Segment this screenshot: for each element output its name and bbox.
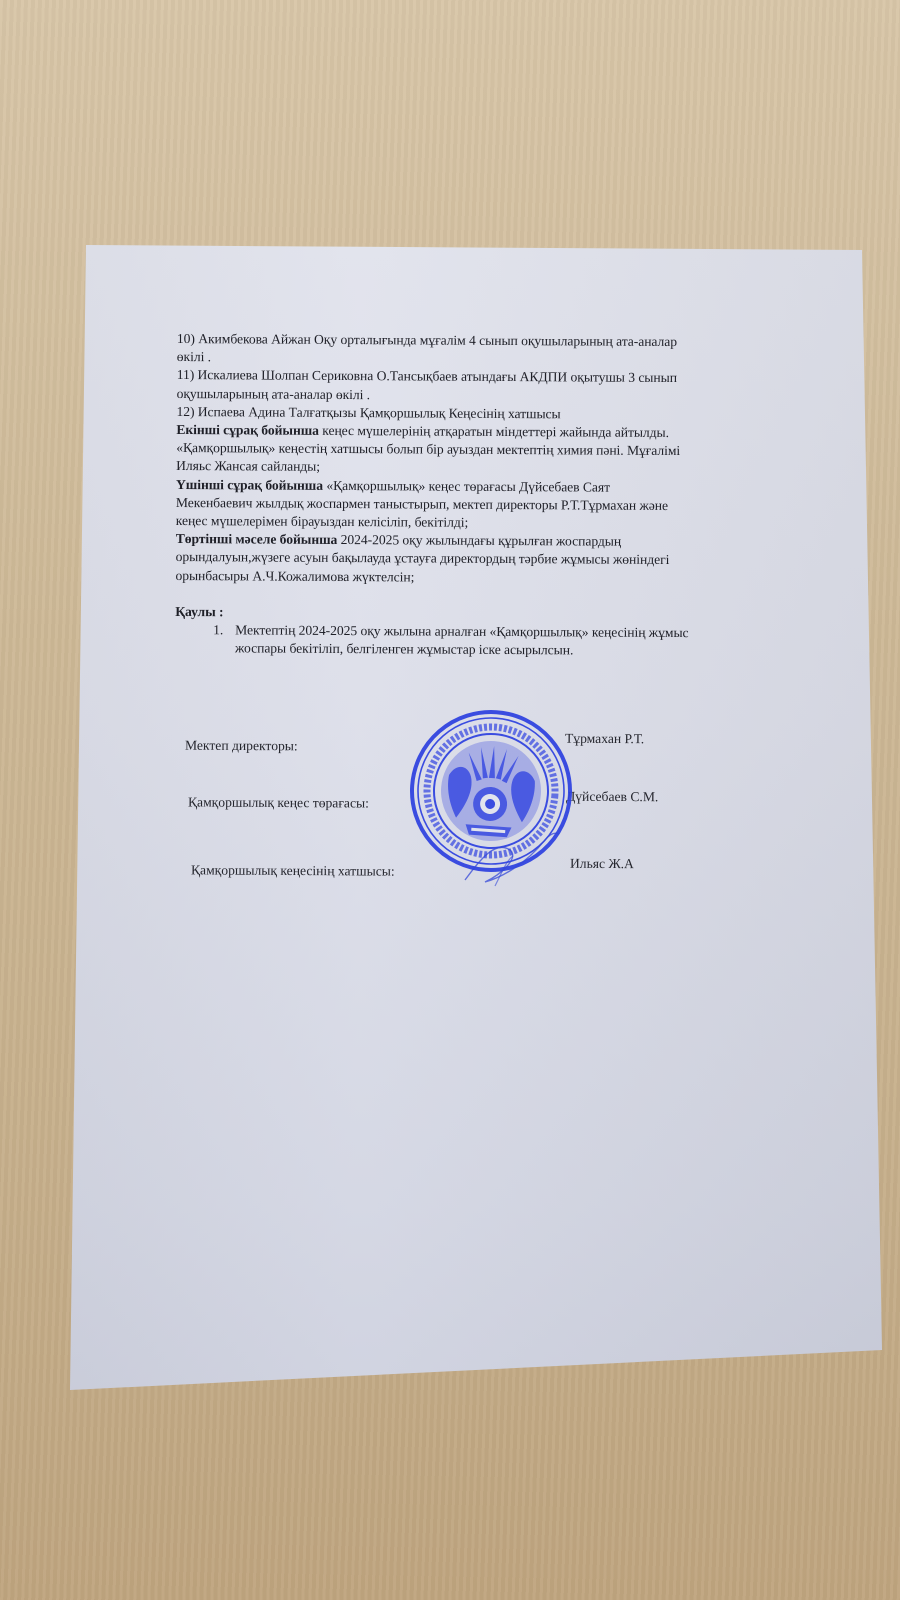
document-body: 10) Акимбекова Айжан Оқу орталығында мұғ… — [175, 330, 777, 661]
section-heading: Үшінші сұрақ бойынша — [176, 477, 323, 493]
section-text: «Қамқоршылық» кеңес төрағасы Дүйсебаев С… — [323, 478, 610, 495]
signature-role-secretary: Қамқоршылық кеңесінің хатшысы: — [191, 862, 395, 879]
signature-name-chair: Дүйсебаев С.М. — [566, 789, 658, 806]
resolution-item: 1. Мектептің 2024-2025 оқу жылына арналғ… — [175, 621, 775, 661]
signature-name-secretary: Ильяс Ж.А — [570, 856, 634, 872]
signature-role-director: Мектеп директоры: — [185, 738, 298, 755]
section-heading: Екінші сұрақ бойынша — [176, 422, 319, 438]
resolution-item-number: 1. — [213, 621, 235, 658]
resolution-item-text-line-2: жоспары бекітіліп, белгіленген жұмыстар … — [235, 640, 688, 661]
handwritten-signature-icon — [455, 820, 565, 890]
section-text: кеңес мүшелерінің атқаратын міндеттері ж… — [319, 423, 669, 440]
signature-role-chair: Қамқоршылық кеңес төрағасы: — [188, 794, 369, 811]
section-text-line: орынбасыры А.Ч.Кожалимова жүктелсін; — [175, 567, 775, 589]
section-text: 2024-2025 оқу жылындағы құрылған жоспард… — [337, 532, 621, 549]
section-heading: Төртінші мәселе бойынша — [176, 531, 338, 547]
